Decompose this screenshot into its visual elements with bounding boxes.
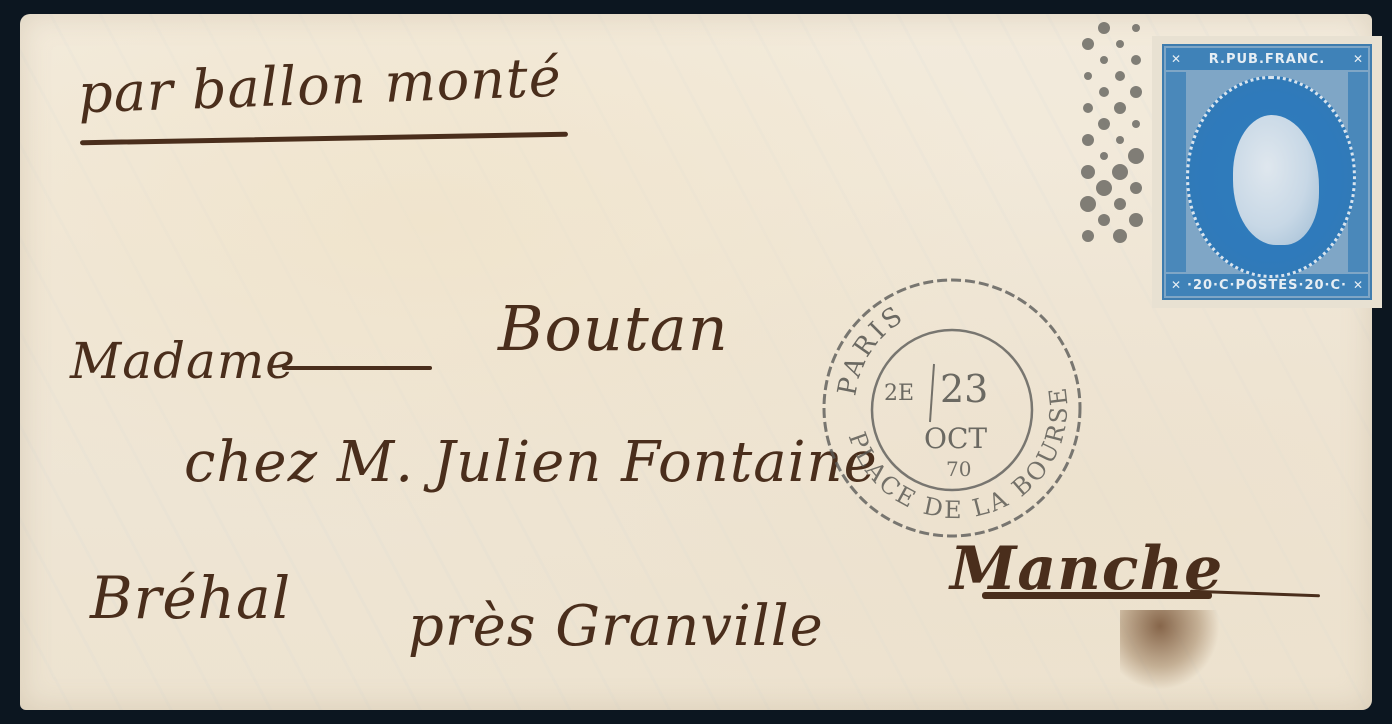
- ceres-medallion: [1186, 76, 1356, 278]
- postage-stamp: ✕ ✕ ✕ ✕ R.PUB.FRANC. ·20·C·POSTES·20·C·: [1152, 36, 1382, 308]
- svg-text:2E: 2E: [884, 381, 914, 406]
- stamp-top-text: R.PUB.FRANC.: [1186, 48, 1348, 70]
- envelope-cover: par ballon monté Madame Boutan chez M. J…: [20, 14, 1372, 710]
- svg-text:OCT: OCT: [924, 422, 987, 455]
- svg-text:70: 70: [946, 457, 971, 481]
- ceres-head-icon: [1233, 115, 1319, 245]
- svg-text:23: 23: [940, 367, 988, 411]
- paris-postmark: PARIS PLACE DE LA BOURSE 2E 23 OCT 70: [816, 272, 1088, 550]
